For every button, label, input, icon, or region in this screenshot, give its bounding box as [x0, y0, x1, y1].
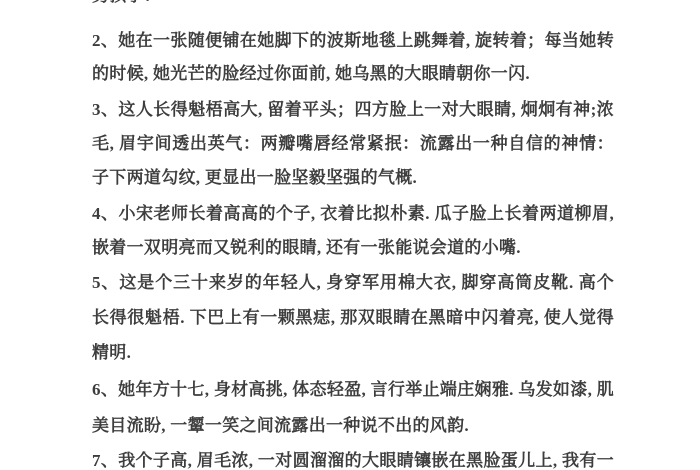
text-line-p5-3: 精明.	[92, 342, 614, 364]
document-page: 男孩子? 2、她在一张随便铺在她脚下的波斯地毯上跳舞着, 旋转着；每当她转过身来…	[0, 0, 700, 470]
text-line-p3-2: 毛, 眉宇间透出英气：两瓣嘴唇经常紧抿：流露出一种自信的神情：挺直的鼻	[92, 133, 614, 155]
text-line-p7-1: 7、我个子高, 眉毛浓, 一对圆溜溜的大眼睛镶嵌在黑脸蛋儿上, 我有一对特别	[92, 450, 614, 470]
text-line-p4-1: 4、小宋老师长着高高的个子, 衣着比拟朴素. 瓜子脸上长着两道柳眉, 柳眉下	[92, 203, 614, 225]
text-line-p3-3: 子下两道勾纹, 更显出一脸坚毅坚强的气概.	[92, 167, 614, 189]
text-line-p5-1: 5、这是个三十来岁的年轻人, 身穿军用棉大衣, 脚穿高筒皮靴. 高个子, 方脸盘…	[92, 272, 614, 294]
text-line-p2-2: 的时候, 她光芒的脸经过你面前, 她乌黑的大眼睛朝你一闪.	[92, 63, 614, 85]
text-line-partial-top: 男孩子?	[92, 0, 614, 7]
text-line-p6-2: 美目流盼, 一颦一笑之间流露出一种说不出的风韵.	[92, 415, 614, 437]
text-line-p4-2: 嵌着一双明亮而又锐利的眼睛, 还有一张能说会道的小嘴.	[92, 237, 614, 259]
text-line-p5-2: 长得很魁梧. 下巴上有一颗黑痣, 那双眼睛在黑暗中闪着亮, 使人觉得粗暴又	[92, 307, 614, 329]
text-line-p2-1: 2、她在一张随便铺在她脚下的波斯地毯上跳舞着, 旋转着；每当她转过身来	[92, 30, 614, 52]
text-line-p6-1: 6、她年方十七, 身材高挑, 体态轻盈, 言行举止端庄娴雅. 乌发如漆, 肌肤如…	[92, 379, 614, 401]
text-line-p3-1: 3、这人长得魁梧高大, 留着平头；四方脸上一对大眼睛, 炯炯有神;浓黑的眉	[92, 99, 614, 121]
